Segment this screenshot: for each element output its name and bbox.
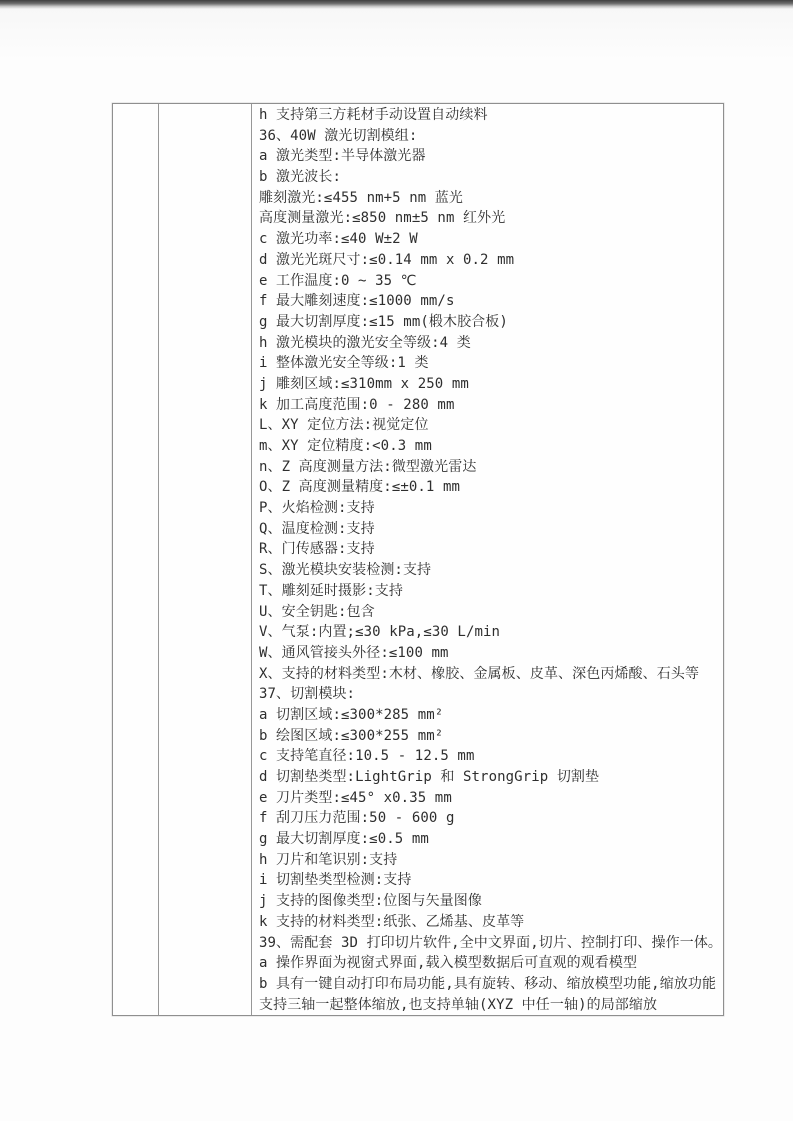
- spec-line: h 刀片和笔识别:支持: [259, 850, 719, 871]
- spec-line: b 具有一键自动打印布局功能,具有旋转、移动、缩放模型功能,缩放功能: [259, 974, 719, 995]
- spec-line: c 支持笔直径:10.5 - 12.5 mm: [259, 746, 719, 767]
- spec-line: d 切割垫类型:LightGrip 和 StrongGrip 切割垫: [259, 767, 719, 788]
- spec-line: d 激光光斑尺寸:≤0.14 mm x 0.2 mm: [259, 250, 719, 271]
- spec-line: c 激光功率:≤40 W±2 W: [259, 229, 719, 250]
- spec-line: 高度测量激光:≤850 nm±5 nm 红外光: [259, 208, 719, 229]
- spec-line: V、气泵:内置;≤30 kPa,≤30 L/min: [259, 622, 719, 643]
- spec-line: j 雕刻区域:≤310mm x 250 mm: [259, 374, 719, 395]
- spec-line: k 支持的材料类型:纸张、乙烯基、皮革等: [259, 912, 719, 933]
- spec-line: b 激光波长:: [259, 167, 719, 188]
- spec-line: W、通风管接头外径:≤100 mm: [259, 643, 719, 664]
- spec-line: a 切割区域:≤300*285 mm²: [259, 705, 719, 726]
- spec-line: P、火焰检测:支持: [259, 498, 719, 519]
- spec-line: k 加工高度范围:0 - 280 mm: [259, 395, 719, 416]
- spec-line: O、Z 高度测量精度:≤±0.1 mm: [259, 477, 719, 498]
- spec-line: 36、40W 激光切割模组:: [259, 126, 719, 147]
- spec-line: m、XY 定位精度:<0.3 mm: [259, 436, 719, 457]
- table-column-item-empty: [159, 104, 252, 1015]
- spec-line: a 激光类型:半导体激光器: [259, 146, 719, 167]
- table-column-index-empty: [113, 104, 159, 1015]
- spec-line: a 操作界面为视窗式界面,载入模型数据后可直观的观看模型: [259, 953, 719, 974]
- spec-line: 雕刻激光:≤455 nm+5 nm 蓝光: [259, 188, 719, 209]
- spec-line: R、门传感器:支持: [259, 539, 719, 560]
- specification-table: h 支持第三方耗材手动设置自动续料36、40W 激光切割模组:a 激光类型:半导…: [112, 103, 724, 1016]
- spec-line: X、支持的材料类型:木材、橡胶、金属板、皮革、深色丙烯酸、石头等: [259, 664, 719, 685]
- spec-line: i 切割垫类型检测:支持: [259, 870, 719, 891]
- spec-line: h 激光模块的激光安全等级:4 类: [259, 333, 719, 354]
- spec-line: T、雕刻延时摄影:支持: [259, 581, 719, 602]
- spec-line: j 支持的图像类型:位图与矢量图像: [259, 891, 719, 912]
- spec-line: g 最大切割厚度:≤0.5 mm: [259, 829, 719, 850]
- spec-line: n、Z 高度测量方法:微型激光雷达: [259, 457, 719, 478]
- spec-line: i 整体激光安全等级:1 类: [259, 353, 719, 374]
- spec-line: Q、温度检测:支持: [259, 519, 719, 540]
- spec-line: b 绘图区域:≤300*255 mm²: [259, 726, 719, 747]
- spec-line: 39、需配套 3D 打印切片软件,全中文界面,切片、控制打印、操作一体。: [259, 933, 719, 954]
- spec-line: 支持三轴一起整体缩放,也支持单轴(XYZ 中任一轴)的局部缩放: [259, 995, 719, 1015]
- spec-line: 37、切割模块:: [259, 684, 719, 705]
- spec-line: L、XY 定位方法:视觉定位: [259, 415, 719, 436]
- spec-line: S、激光模块安装检测:支持: [259, 560, 719, 581]
- spec-line: e 工作温度:0 ~ 35 ℃: [259, 271, 719, 292]
- spec-line: e 刀片类型:≤45° x0.35 mm: [259, 788, 719, 809]
- spec-line: g 最大切割厚度:≤15 mm(椴木胶合板): [259, 312, 719, 333]
- spec-line: h 支持第三方耗材手动设置自动续料: [259, 105, 719, 126]
- spec-line: f 最大雕刻速度:≤1000 mm/s: [259, 291, 719, 312]
- spec-line: f 刮刀压力范围:50 - 600 g: [259, 808, 719, 829]
- table-column-specifications: h 支持第三方耗材手动设置自动续料36、40W 激光切割模组:a 激光类型:半导…: [252, 104, 723, 1015]
- scanned-page: h 支持第三方耗材手动设置自动续料36、40W 激光切割模组:a 激光类型:半导…: [0, 0, 793, 1121]
- scanner-edge-artifact: [0, 0, 793, 9]
- spec-line: U、安全钥匙:包含: [259, 602, 719, 623]
